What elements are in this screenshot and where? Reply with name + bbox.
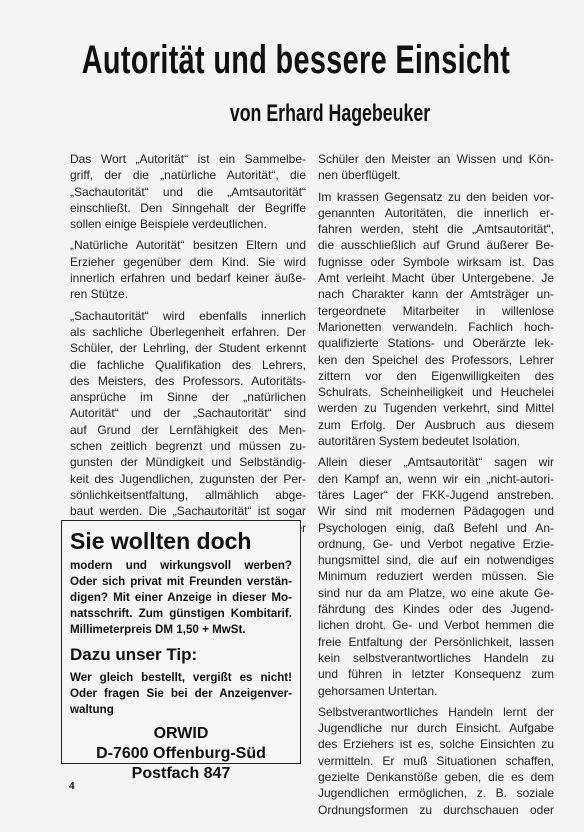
ad-company: ORWID [70, 724, 292, 744]
text-line: freie Entfaltung der Persönlichkeit, las… [318, 634, 554, 650]
text-line: gehorsamen Untertan. [318, 683, 554, 699]
article-title: Autorität und bessere Einsicht [82, 38, 502, 82]
text-line: und führen in letzter Konsequenz zum [318, 666, 554, 682]
text-line: die fachliche Qualifikation des Lehrers, [70, 357, 306, 373]
text-line: fahren werden, steht die „Amtsautorität“… [318, 221, 554, 237]
text-line: des Erziehers ist es, solche Einsichten … [318, 736, 554, 752]
text-line: sönlichkeitsentfaltung, allmählich abge- [70, 487, 306, 503]
text-line: Erzieher gegenüber dem Kind. Sie wird [70, 254, 306, 270]
text-line: sind nur da am Platze, wo eine akute Ge- [318, 585, 554, 601]
text-line: den Kampf an, wenn wir ein „nicht-autori… [318, 471, 554, 487]
article-byline: von Erhard Hagebeuker [86, 100, 518, 128]
ad-city: D-7600 Offenburg-Süd [70, 744, 292, 764]
text-line: Allein dieser „Amtsautorität“ sagen wir [318, 454, 554, 470]
paragraph: Schüler den Meister an Wissen und Kön-ne… [318, 151, 554, 184]
ad-body-line: digen? Mit einer Anzeige in dieser Mo- [70, 590, 292, 606]
ad-tip-line: waltung [70, 702, 292, 718]
paragraph: Selbstverantwortliches Handeln lernt der… [318, 704, 554, 818]
text-line: zum Erfolg. Der Ausbruch aus diesem [318, 417, 554, 433]
text-line: nen überflügelt. [318, 167, 554, 183]
text-line: Selbstverantwortliches Handeln lernt der [318, 704, 554, 720]
text-line: Im krassen Gegensatz zu den beiden vor- [318, 189, 554, 205]
text-line: hungsmittel sind, die auf ein notwendige… [318, 552, 554, 568]
text-line: schen zeitlich begrenzt und müssen zu- [70, 438, 306, 454]
text-line: werden zu Tugenden verkehrt, sind Mittel [318, 400, 554, 416]
ad-body-line: natsschrift. Zum günstigen Kombitarif. [70, 606, 292, 622]
ad-tip-line: Wer gleich bestellt, vergißt es nicht! [70, 670, 292, 686]
text-line: des Meisters, des Professors. Autoritäts… [70, 373, 306, 389]
ad-headline: Sie wollten doch [70, 527, 292, 555]
text-line: ansprüche im Sinne der „natürlichen [70, 389, 306, 405]
text-line: Schüler, der Lehrling, der Student erken… [70, 340, 306, 356]
text-line: ken den Speichel des Professors, Lehrer [318, 352, 554, 368]
right-column: Schüler den Meister an Wissen und Kön-ne… [318, 151, 554, 823]
text-line: Jugendlichen ermöglichen, z. B. soziale [318, 785, 554, 801]
text-line: autoritären System bedeutet Isolation. [318, 433, 554, 449]
text-line: ordnung, Ge- und Verbot negative Erzie- [318, 536, 554, 552]
text-line: täres Lager“ der FKK-Jugend anstreben. [318, 487, 554, 503]
text-line: Jugendliche nur durch Einsicht. Aufgabe [318, 720, 554, 736]
text-line: einschließt. Den Sinngehalt der Begriffe [70, 200, 306, 216]
ad-postbox: Postfach 847 [70, 764, 292, 784]
ad-body-line: modern und wirkungsvoll werben? [70, 558, 292, 574]
text-line: zittern vor den Eigenwilligkeiten des [318, 368, 554, 384]
paragraph: Im krassen Gegensatz zu den beiden vor-g… [318, 189, 554, 450]
text-line: sollen einige Beispiele verdeutlichen. [70, 216, 306, 232]
text-line: innerlich erfahren und bedarf keiner äuß… [70, 270, 306, 286]
text-line: als sachliche Überlegenheit erfahren. De… [70, 324, 306, 340]
text-line: „Sachautorität“ wird ebenfalls innerlich [70, 308, 306, 324]
ad-subheadline: Dazu unser Tip: [70, 644, 292, 666]
text-line: genannten Autoritäten, die innerlich er- [318, 205, 554, 221]
left-column: Das Wort „Autorität“ ist ein Sammelbe-gr… [70, 151, 306, 541]
ad-body-line: Millimeterpreis DM 1,50 + MwSt. [70, 622, 292, 638]
text-line: die ausschließlich auf Grund äußerer Be- [318, 237, 554, 253]
text-line: „Sachautorität“ und die „Amtsautorität“ [70, 184, 306, 200]
paragraph: Allein dieser „Amtsautorität“ sagen wird… [318, 454, 554, 698]
text-line: Das Wort „Autorität“ ist ein Sammelbe- [70, 151, 306, 167]
text-line: Schüler den Meister an Wissen und Kön- [318, 151, 554, 167]
text-line: Ordnungsformen zu durchschauen oder [318, 802, 554, 818]
paragraph: „Sachautorität“ wird ebenfalls innerlich… [70, 308, 306, 536]
ad-tip-line: Oder fragen Sie bei der Anzeigenver- [70, 686, 292, 702]
text-line: lichen droht. Ge- und Verbot hemmen die [318, 617, 554, 633]
ad-body-line: Oder sich privat mit Freunden verstän- [70, 574, 292, 590]
text-line: kein selbstverantwortliches Handeln zu [318, 650, 554, 666]
text-line: fugnisse oder Symbole wirksam ist. Das [318, 254, 554, 270]
text-line: gunsten der Mündigkeit und Selbständig- [70, 454, 306, 470]
text-line: baut werden. Die „Sachautorität“ ist sog… [70, 503, 306, 519]
paragraph: „Natürliche Autorität“ besitzen Eltern u… [70, 237, 306, 302]
text-line: Marionetten verwandeln. Fachlich hoch- [318, 319, 554, 335]
page-number: 4 [69, 781, 75, 792]
paragraph: Das Wort „Autorität“ ist ein Sammelbe-gr… [70, 151, 306, 232]
text-line: vermitteln. Er muß Situationen schaffen, [318, 753, 554, 769]
text-line: Amt verleiht Macht über Untergebene. Je [318, 270, 554, 286]
text-line: qualifizierte Stations- und Oberärzte le… [318, 335, 554, 351]
text-line: Schulrats. Scheinheiligkeit und Heuchele… [318, 384, 554, 400]
text-line: Minimum reduziert werden müssen. Sie [318, 568, 554, 584]
text-line: griff, der die „natürliche Autorität“, d… [70, 167, 306, 183]
text-line: Psychologen einig, daß Befehl und An- [318, 520, 554, 536]
ad-tip: Wer gleich bestellt, vergißt es nicht! O… [70, 670, 292, 718]
text-line: Wir sind mit modernen Pädagogen und [318, 503, 554, 519]
text-line: gezielte Denkanstöße geben, die es dem [318, 769, 554, 785]
ad-address: ORWID D-7600 Offenburg-Süd Postfach 847 [70, 724, 292, 784]
text-line: tergeordnete Mitarbeiter in willenlose [318, 303, 554, 319]
text-line: Autorität“ und der „Sachautorität“ sind [70, 405, 306, 421]
text-line: auf Grund der Lernfähigkeit des Men- [70, 422, 306, 438]
text-line: keit des Jugendlichen, zugunsten der Per… [70, 471, 306, 487]
text-line: fährdung des Kindes oder des Jugend- [318, 601, 554, 617]
text-line: „Natürliche Autorität“ besitzen Eltern u… [70, 237, 306, 253]
advertisement-box: Sie wollten doch modern und wirkungsvoll… [61, 520, 301, 764]
text-line: nach Charakter kann der Amtsträger un- [318, 286, 554, 302]
ad-body: modern und wirkungsvoll werben? Oder sic… [70, 558, 292, 638]
text-line: ren Stütze. [70, 286, 306, 302]
